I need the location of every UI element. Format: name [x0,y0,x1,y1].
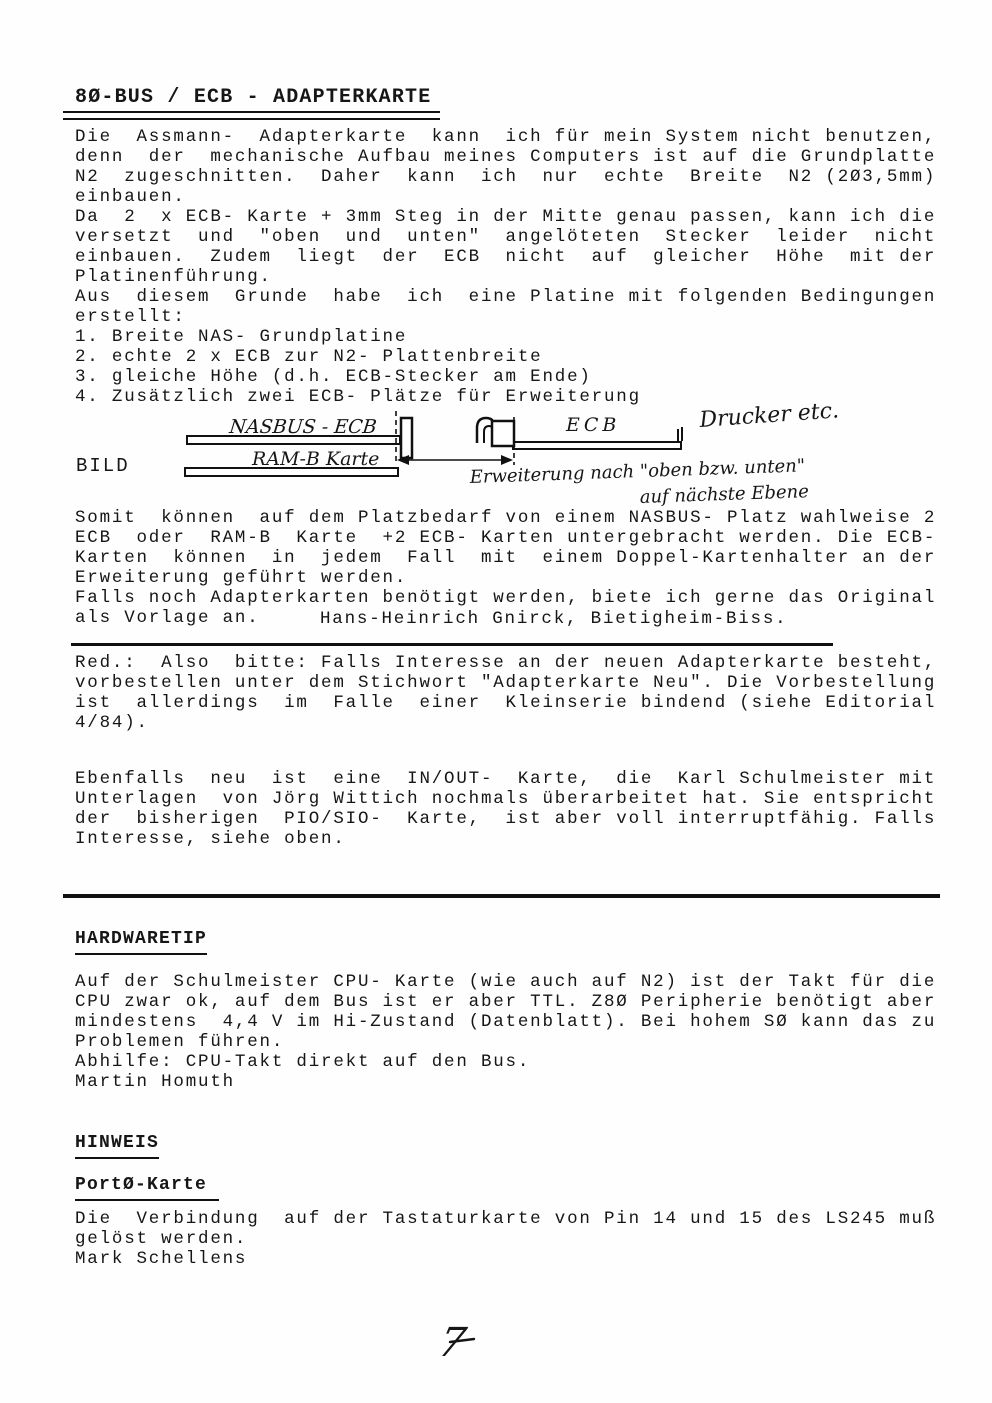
handwriting-ecb-label: ECB [565,414,620,436]
hinweis-author: Mark Schellens [75,1249,247,1269]
section-rule [63,894,940,898]
paragraph-aus: Aus diesem Grunde habe ich eine Platine … [75,287,936,327]
ecb-bar [513,442,681,449]
handwriting-drucker-label: Drucker etc. [698,403,840,433]
author-signature: Hans-Heinrich Gnirck, Bietigheim-Biss. [320,609,787,629]
hardwaretip-heading: HARDWARETIP [75,929,207,955]
paragraph-intro: Die Assmann- Adapterkarte kann ich für m… [75,127,936,207]
paragraph-red-note: Red.: Also bitte: Falls Interesse an der… [75,653,936,733]
paragraph-inout: Ebenfalls neu ist eine IN/OUT- Karte, di… [75,769,936,849]
port0-karte-subheading: PortØ-Karte [75,1175,219,1201]
connector-left [401,418,412,458]
handwriting-erweiterung-line2: auf nächste Ebene [639,481,809,508]
handwriting-ramb-label: RAM-B Karte [251,448,379,470]
title-underline [63,111,440,120]
hinweis-body: Die Verbindung auf der Tastaturkarte von… [75,1209,936,1249]
scanned-document-page: 8Ø-BUS / ECB - ADAPTERKARTE Die Assmann-… [0,0,992,1403]
requirements-list: 1. Breite NAS- Grundplatine 2. echte 2 x… [75,327,641,407]
page-number-figure: 7 [440,1312,500,1376]
connector-right [492,421,514,446]
handwriting-nasbus-label: NASBUS - ECB [227,416,377,438]
hinweis-heading: HINWEIS [75,1133,159,1159]
adapter-card-diagram: BILD NASBUS - ECB ECB Drucker etc. RAM-B… [0,403,992,511]
figure-caption-bild: BILD [76,455,130,477]
article-title: 8Ø-BUS / ECB - ADAPTERKARTE [75,88,431,108]
hardwaretip-body: Auf der Schulmeister CPU- Karte (wie auc… [75,972,936,1072]
hardwaretip-author: Martin Homuth [75,1072,235,1092]
separator-line [71,643,833,646]
paragraph-da: Da 2 x ECB- Karte + 3mm Steg in der Mitt… [75,207,936,287]
arrowhead-right-icon [501,455,513,465]
